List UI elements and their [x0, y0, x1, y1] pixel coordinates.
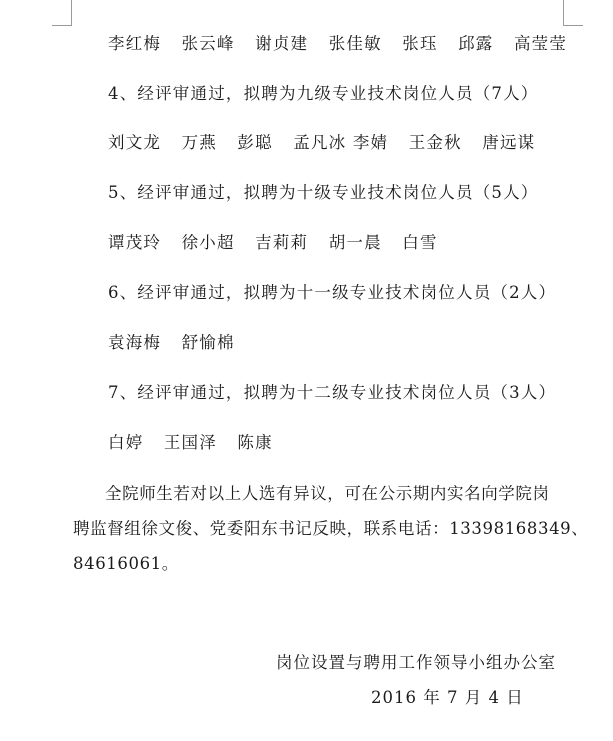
person-name: 王国泽 — [164, 433, 217, 452]
person-name: 刘文龙 — [108, 133, 161, 152]
page-corner-mark-left — [52, 0, 72, 26]
notice-line-2: 聘监督组徐文俊、党委阳东书记反映，联系电话：13398168349、 — [73, 519, 588, 539]
notice-line-1: 全院师生若对以上人选有异议，可在公示期内实名向学院岗 — [105, 484, 550, 504]
notice-line-3: 84616061。 — [73, 554, 179, 574]
person-name: 李红梅 — [108, 34, 161, 53]
page-corner-mark-right — [563, 0, 583, 26]
signature-office: 岗位设置与聘用工作领导小组办公室 — [276, 653, 556, 673]
person-name: 孟凡冰 李婧 — [293, 133, 388, 152]
person-name: 彭聪 — [237, 133, 272, 152]
person-name: 白雪 — [402, 233, 437, 252]
section-heading-5: 5、经评审通过，拟聘为十级专业技术岗位人员（5人） — [108, 183, 539, 203]
person-name: 吉莉莉 — [255, 233, 308, 252]
name-list-section-7: 白婷 王国泽 陈康 — [108, 433, 273, 453]
name-list-section-5: 谭茂玲 徐小超 吉莉莉 胡一晨 白雪 — [108, 233, 438, 253]
person-name: 谭茂玲 — [108, 233, 161, 252]
person-name: 万燕 — [182, 133, 217, 152]
person-name: 张云峰 — [182, 34, 235, 53]
person-name: 邱露 — [458, 34, 493, 53]
person-name: 谢贞建 — [255, 34, 308, 53]
person-name: 白婷 — [108, 433, 143, 452]
person-name: 高莹莹 — [514, 34, 567, 53]
person-name: 陈康 — [237, 433, 272, 452]
person-name: 张佳敏 — [329, 34, 382, 53]
signature-date: 2016 年 7 月 4 日 — [371, 688, 524, 708]
person-name: 胡一晨 — [329, 233, 382, 252]
name-list-section-4: 刘文龙 万燕 彭聪 孟凡冰 李婧 王金秋 唐远谋 — [108, 133, 535, 153]
section-heading-4: 4、经评审通过，拟聘为九级专业技术岗位人员（7人） — [108, 84, 539, 104]
name-list-section-6: 袁海梅 舒愉棉 — [108, 333, 235, 353]
person-name: 袁海梅 — [108, 333, 161, 352]
section-heading-6: 6、经评审通过，拟聘为十一级专业技术岗位人员（2人） — [108, 283, 556, 303]
person-name: 唐远谋 — [482, 133, 535, 152]
section-heading-7: 7、经评审通过，拟聘为十二级专业技术岗位人员（3人） — [108, 383, 556, 403]
name-list-continued: 李红梅 张云峰 谢贞建 张佳敏 张珏 邱露 高莹莹 — [108, 34, 567, 54]
person-name: 张珏 — [402, 34, 437, 53]
person-name: 王金秋 — [409, 133, 462, 152]
person-name: 舒愉棉 — [182, 333, 235, 352]
person-name: 徐小超 — [182, 233, 235, 252]
